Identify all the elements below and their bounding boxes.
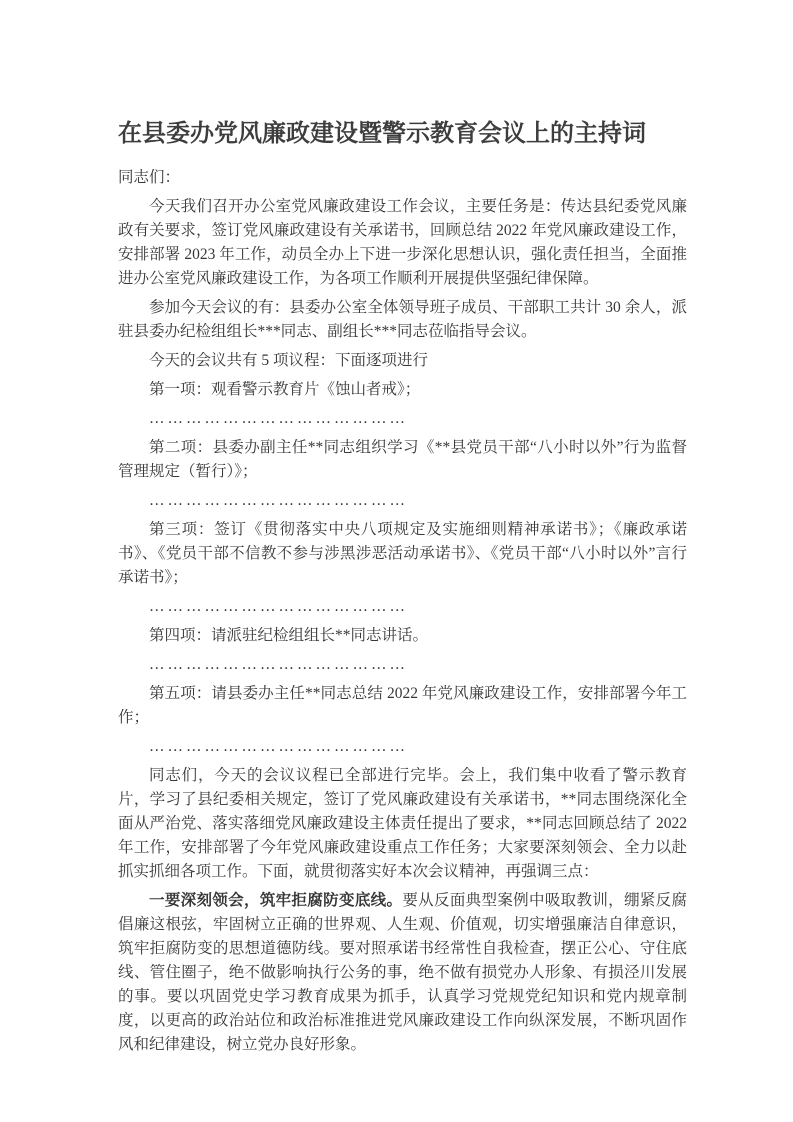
document-page: 在县委办党风廉政建设暨警示教育会议上的主持词 同志们： 今天我们召开办公室党风廉… [0,0,793,1122]
agenda-item-3: 第三项：签订《贯彻落实中央八项规定及实施细则精神承诺书》；《廉政承诺书》、《党员… [118,518,687,590]
dots-divider: …………………………………… [118,407,687,431]
agenda-item-1: 第一项：观看警示教育片《蚀山者戒》； [118,378,687,402]
point-one-bold-lead: 一要深刻领会，筑牢拒腐防变底线。 [149,892,402,909]
agenda-item-2: 第二项：县委办副主任**同志组织学习《**县党员干部“八小时以外”行为监督管理规… [118,436,687,484]
point-one-body: 要从反面典型案例中吸取教训，绷紧反腐倡廉这根弦，牢固树立正确的世界观、人生观、价… [118,892,687,1053]
paragraph-point-one: 一要深刻领会，筑牢拒腐防变底线。要从反面典型案例中吸取教训，绷紧反腐倡廉这根弦，… [118,889,687,1057]
paragraph-attendees: 参加今天会议的有：县委办公室全体领导班子成员、干部职工共计 30 余人，派驻县委… [118,296,687,344]
document-title: 在县委办党风廉政建设暨警示教育会议上的主持词 [118,118,687,150]
dots-divider: …………………………………… [118,489,687,513]
agenda-item-5: 第五项：请县委办主任**同志总结 2022 年党风廉政建设工作，安排部署今年工作… [118,682,687,730]
paragraph-summary: 同志们，今天的会议议程已全部进行完毕。会上，我们集中收看了警示教育片，学习了县纪… [118,764,687,884]
paragraph-opening: 今天我们召开办公室党风廉政建设工作会议，主要任务是：传达县纪委党风廉政有关要求，… [118,195,687,291]
dots-divider: …………………………………… [118,595,687,619]
greeting-line: 同志们： [118,166,687,190]
paragraph-agenda-intro: 今天的会议共有 5 项议程：下面逐项进行 [118,349,687,373]
dots-divider: …………………………………… [118,735,687,759]
dots-divider: …………………………………… [118,653,687,677]
agenda-item-4: 第四项：请派驻纪检组组长**同志讲话。 [118,624,687,648]
